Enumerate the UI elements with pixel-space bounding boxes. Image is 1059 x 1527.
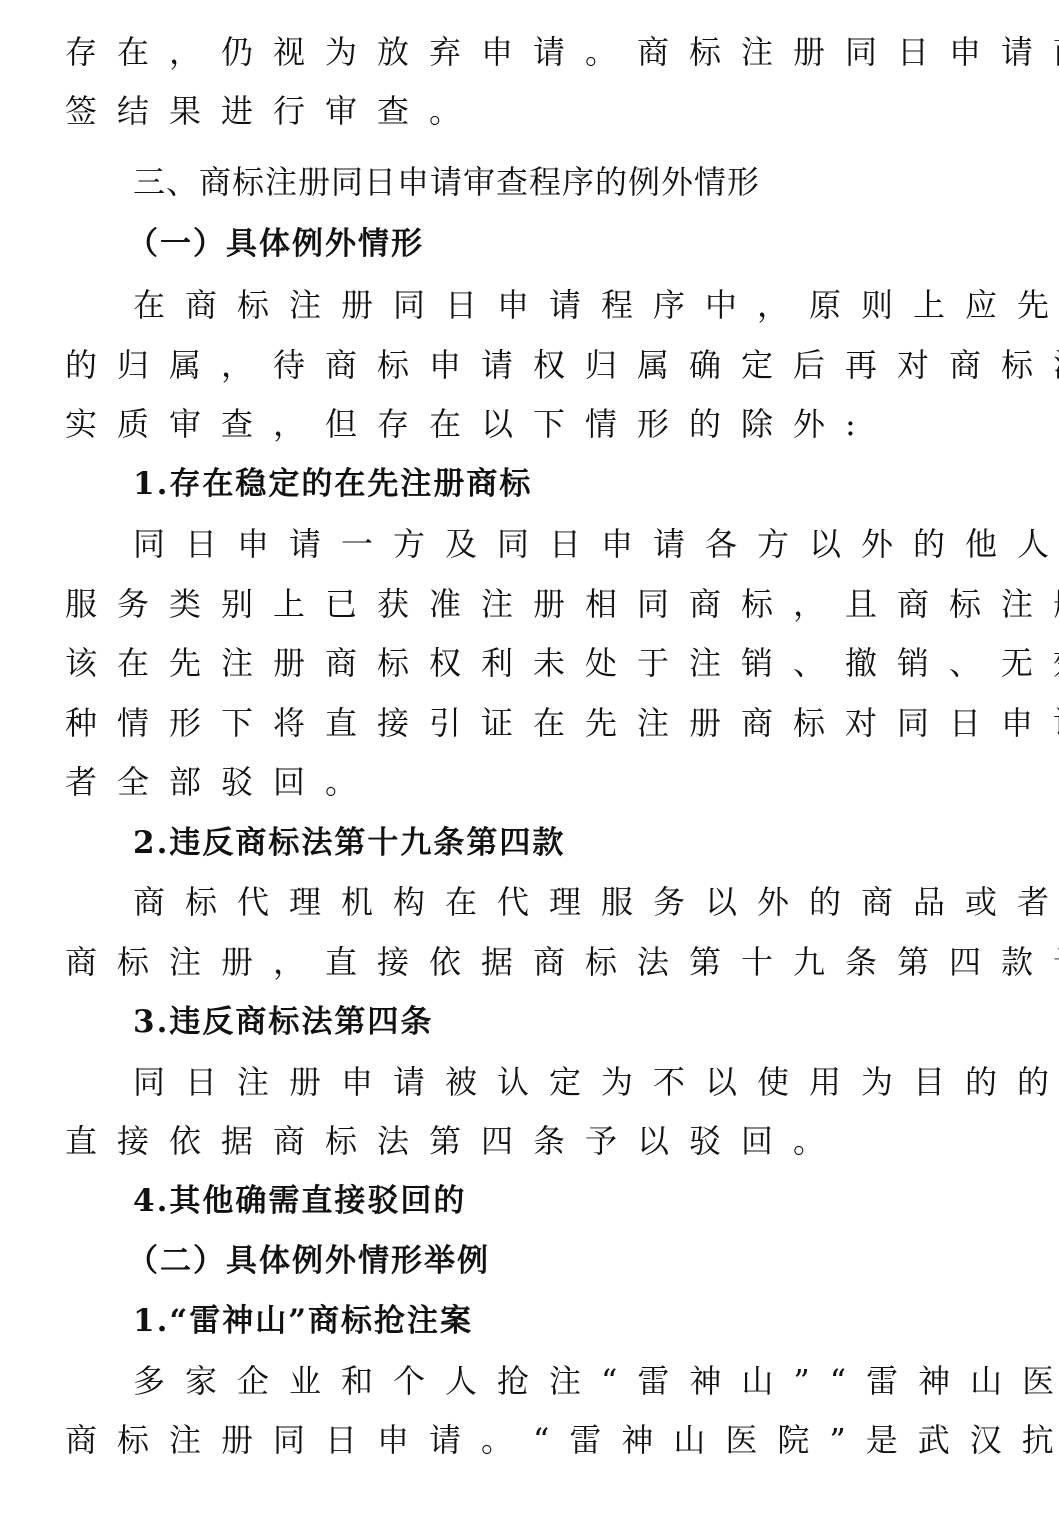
paragraph-line: 的归属，待商标申请权归属确定后再对商标注册申请进行全面 — [65, 345, 1059, 385]
item-heading: 4.其他确需直接驳回的 — [133, 1181, 466, 1221]
section-heading: 三、商标注册同日申请审查程序的例外情形 — [133, 162, 760, 202]
paragraph-line: 种情形下将直接引证在先注册商标对同日申请商标予以部分或 — [65, 703, 1059, 743]
item-heading: 1.“雷神山”商标抢注案 — [133, 1301, 473, 1341]
paragraph-line: 同日注册申请被认定为不以使用为目的的恶意注册申请， — [133, 1062, 1059, 1102]
item-heading: 2.违反商标法第十九条第四款 — [133, 823, 565, 863]
subsection-heading: （一）具体例外情形 — [127, 224, 424, 264]
paragraph-line: 存在，仍视为放弃申请。商标注册同日申请商标抽签后应按抽 — [65, 32, 1059, 72]
paragraph-line: 该在先注册商标权利未处于注销、撤销、无效宣告程序中。这 — [65, 643, 1059, 683]
item-heading: 1.存在稳定的在先注册商标 — [133, 464, 532, 504]
paragraph-line: 者全部驳回。 — [65, 762, 377, 802]
paragraph-line: 实质审查，但存在以下情形的除外: — [65, 404, 876, 444]
paragraph-line: 在商标注册同日申请程序中，原则上应先确定商标申请权 — [133, 285, 1059, 325]
paragraph-line: 签结果进行审查。 — [65, 91, 481, 131]
paragraph-line: 商标代理机构在代理服务以外的商品或者服务类别上申请 — [133, 882, 1059, 922]
paragraph-line: 多家企业和个人抢注“雷神山”“雷神山医院”商标构成 — [133, 1361, 1059, 1401]
item-heading: 3.违反商标法第四条 — [133, 1002, 433, 1042]
paragraph-line: 商标注册同日申请。“雷神山医院”是武汉抗击疫情前线医院 — [65, 1420, 1059, 1460]
paragraph-line: 服务类别上已获准注册相同商标，且商标注册同日申请审查时 — [65, 584, 1059, 624]
paragraph-line: 直接依据商标法第四条予以驳回。 — [65, 1121, 845, 1161]
paragraph-line: 商标注册，直接依据商标法第十九条第四款予以驳回。 — [65, 942, 1059, 982]
subsection-heading: （二）具体例外情形举例 — [127, 1241, 490, 1281]
paragraph-line: 同日申请一方及同日申请各方以外的他人在冲突商品或者 — [133, 524, 1059, 564]
